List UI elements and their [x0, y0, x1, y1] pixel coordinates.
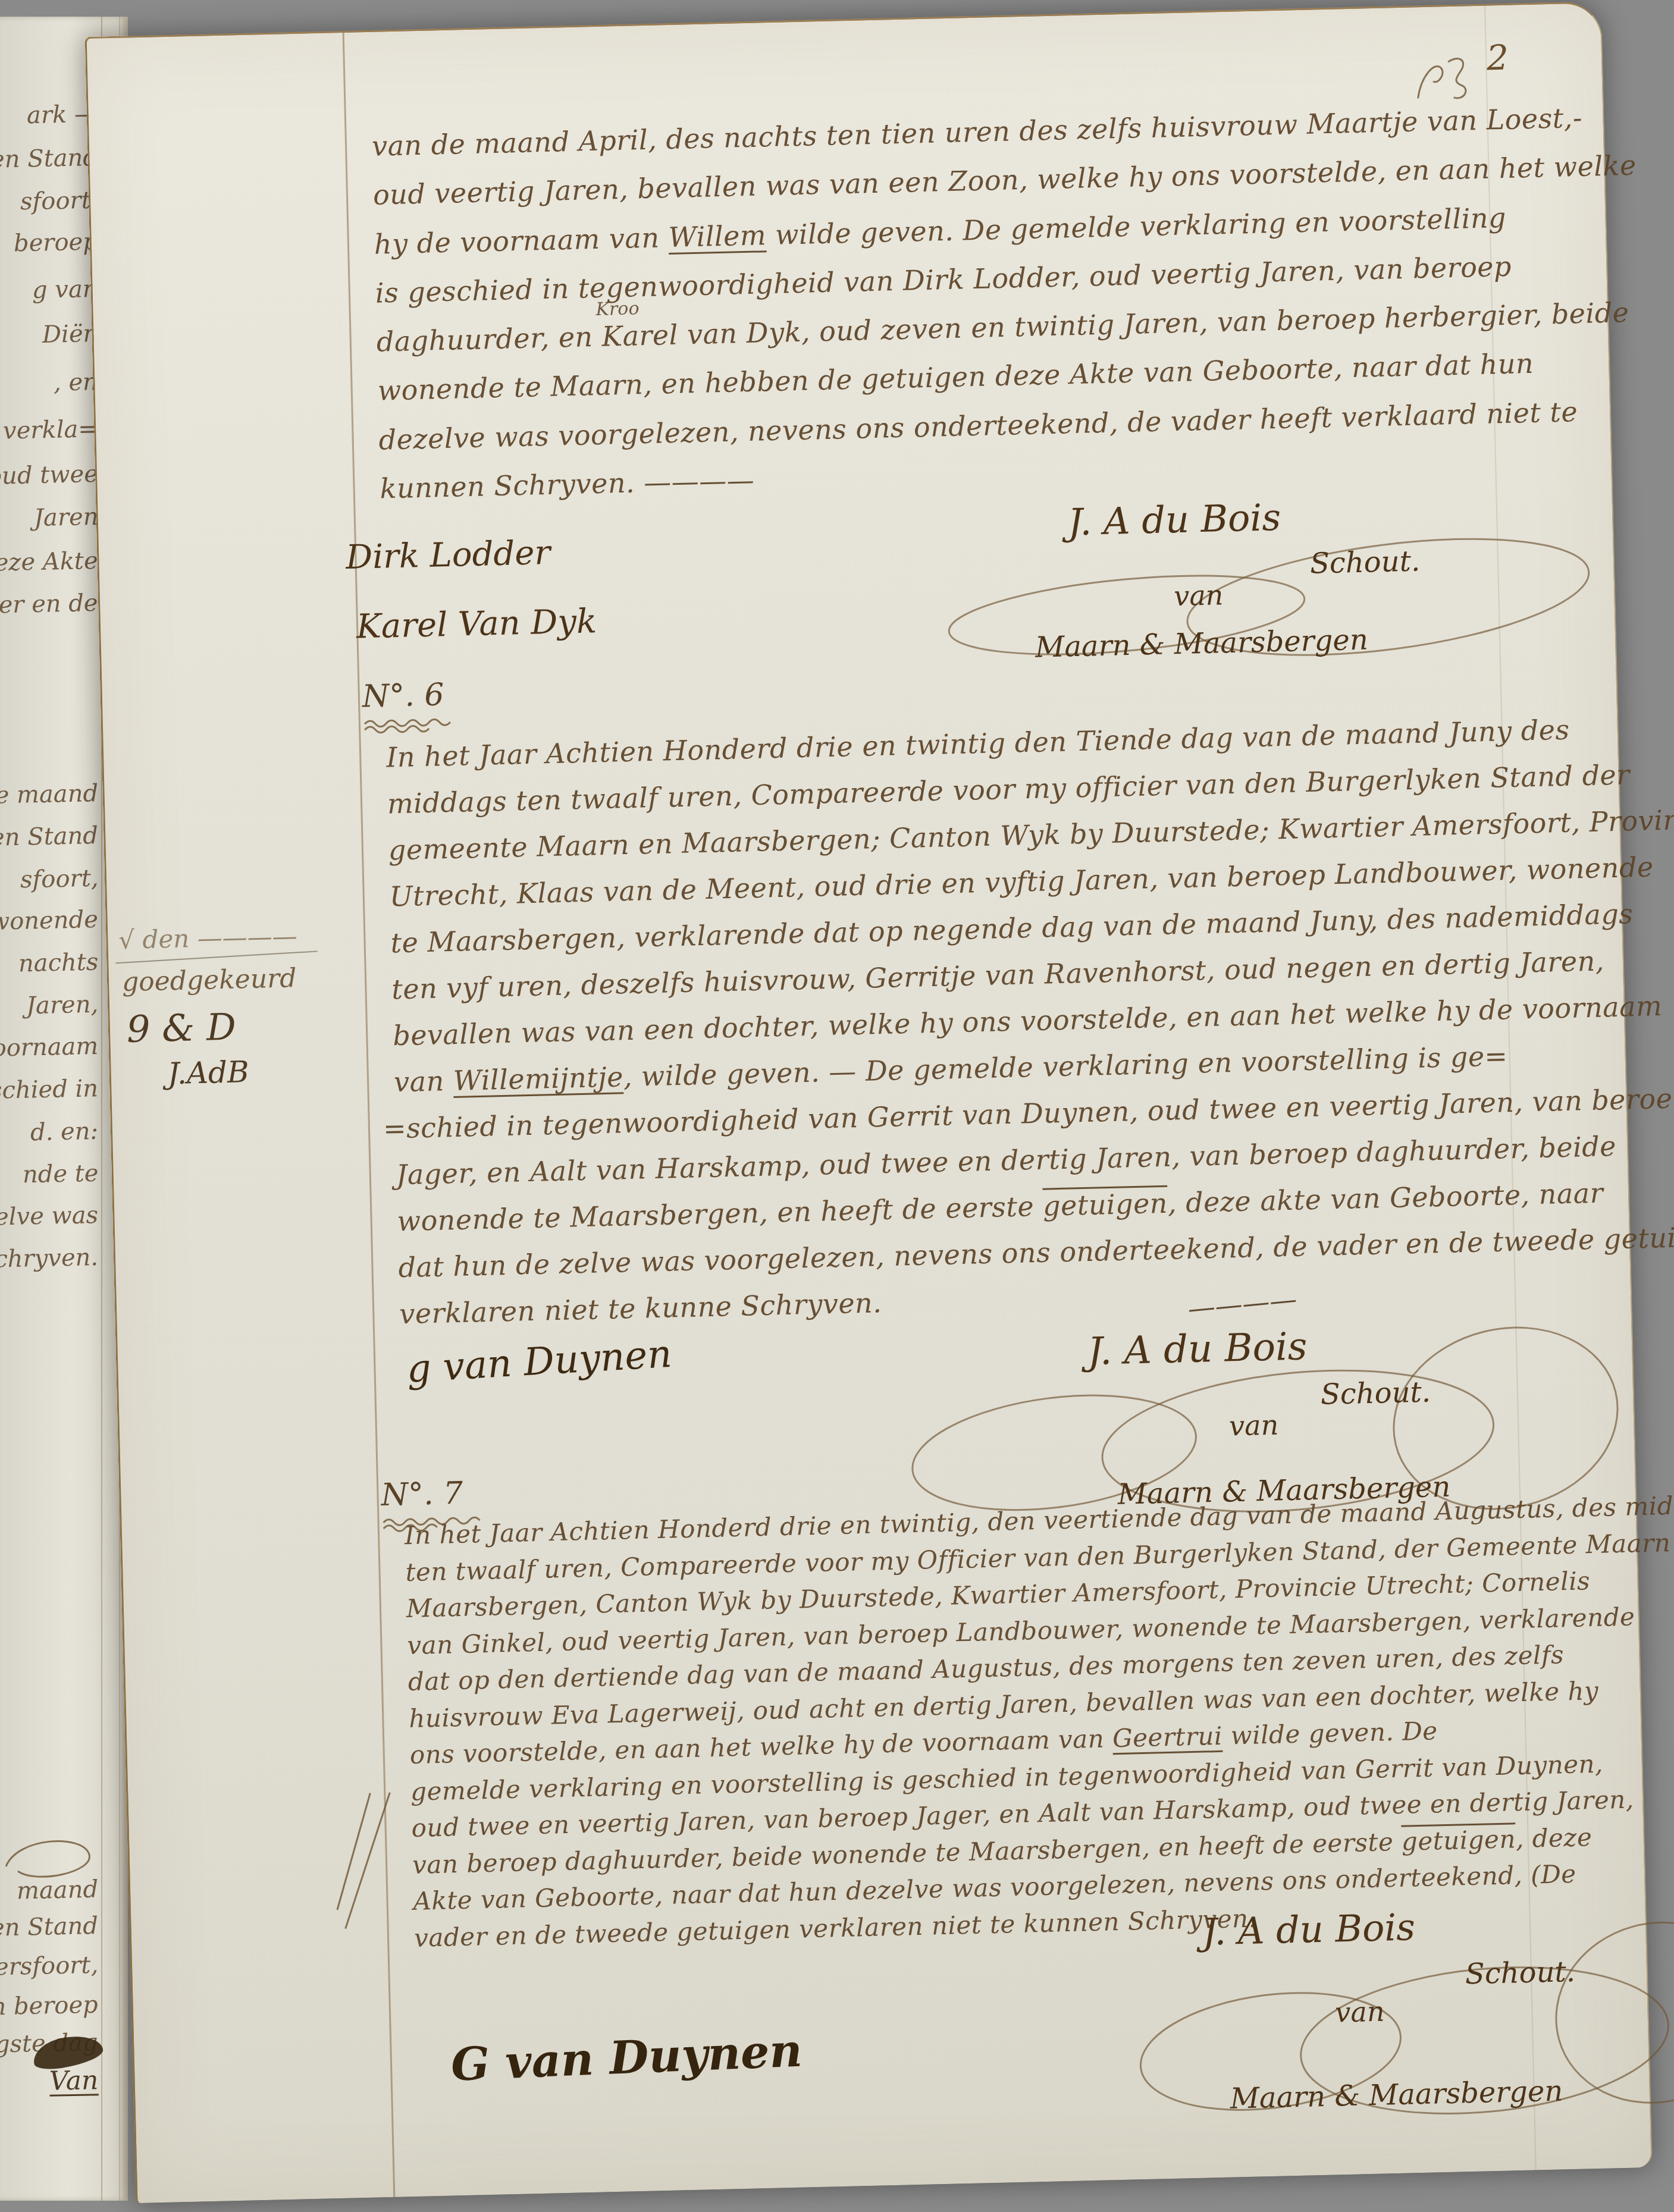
child-name-geertrui: Geertrui	[1112, 1721, 1223, 1753]
act7-number: N°. 7	[381, 1476, 463, 1513]
line-text: wilde geven. De	[1222, 1716, 1438, 1750]
corrected-word: getuigen	[1401, 1824, 1516, 1856]
prev-page-fragment: d. en:	[30, 1118, 99, 1146]
margin-note-code: 9 & D	[126, 1005, 236, 1051]
prev-page-fragment: Diën	[42, 320, 98, 349]
prev-page-fragment: sfoort,	[20, 187, 98, 216]
prev-page-fragment: ten Stand	[0, 1912, 98, 1942]
page-number: 2	[1486, 37, 1509, 79]
act6-number: N°. 6	[362, 677, 444, 714]
margin-correction-slashes	[333, 1789, 402, 1934]
heading-underline	[363, 717, 471, 737]
prev-page-fragment: ten Stand	[0, 144, 98, 174]
prev-page-fragment: , en	[54, 368, 99, 397]
margin-note-approved: goedgekeurd	[121, 963, 296, 997]
prev-page-fragment: voornaam	[0, 1033, 98, 1062]
witness-signature-g-van-duynen-large: G van Duynen	[450, 2024, 803, 2091]
prev-page-fragment: deze Akte	[0, 547, 98, 577]
official-signature-block: J. A du Bois Schout. van Maarn & Maarsbe…	[927, 475, 1634, 688]
line-text: , deze akte van Geboorte, naar	[1167, 1177, 1604, 1219]
register-page: 2 van de maand April, des nachts ten tie…	[85, 1, 1653, 2203]
act6-line: van Willemijntje, wilde geven. — De geme…	[394, 1040, 1509, 1098]
official-signature-title: Schout.	[1320, 1375, 1431, 1411]
line-text: , wilde geven. — De gemelde verklaring e…	[623, 1040, 1508, 1093]
act5-line: hy de voornaam van Willem wilde geven. D…	[374, 202, 1506, 261]
prev-page-fragment: Van	[49, 2065, 98, 2097]
prev-page-fragment: Schryven.	[0, 1244, 98, 1273]
margin-note-check: √ den ————	[118, 921, 297, 955]
prev-page-fragment: verkla=	[3, 415, 99, 444]
official-signature-van: van	[1174, 579, 1224, 612]
act5-line: van de maand April, des nachts ten tien …	[371, 102, 1582, 162]
child-name-willem: Willem	[668, 219, 767, 253]
prev-page-fragment: der en de	[0, 589, 98, 619]
prev-page-fragment: beroep	[14, 228, 99, 258]
margin-note-initials: J.AdB	[167, 1055, 249, 1091]
interline-insertion: Kroo	[595, 298, 639, 320]
prev-page-fragment: sfoort,	[20, 865, 98, 894]
prev-page-fragment: de maand	[0, 780, 98, 810]
act5-line: is geschied in tegenwoordigheid van Dirk…	[375, 250, 1512, 309]
act5-line: daghuurder, en Karel van Dyk, oud zeven …	[376, 296, 1629, 358]
official-signature-van: van	[1229, 1408, 1279, 1442]
prev-page-fragment: mersfoort,	[0, 1951, 98, 1981]
corrected-word: getuigen	[1042, 1187, 1168, 1222]
prev-page-fragment: schied in	[0, 1075, 98, 1105]
prev-page-fragment: maand	[17, 1876, 99, 1905]
prev-page-fragment: g van	[32, 275, 98, 304]
official-signature-name: J. A du Bois	[1067, 495, 1281, 544]
official-signature-van: van	[1335, 1995, 1385, 2029]
act5-line: dezelve was voorgelezen, nevens ons onde…	[378, 396, 1578, 456]
official-signature-title: Schout.	[1465, 1955, 1575, 1991]
witness-signature-g-van-duynen: g van Duynen	[406, 1332, 673, 1392]
official-signature-name: J. A du Bois	[1202, 1905, 1415, 1953]
prev-page-fragment: ten Stand	[0, 822, 98, 852]
witness-signature-karel-van-dyk: Karel Van Dyk	[356, 602, 597, 646]
prev-page-fragment: oud twee	[0, 460, 98, 490]
witness-signature-dirk-lodder: Dirk Lodder	[346, 534, 551, 577]
line-text: hy de voornaam van	[374, 221, 669, 261]
act5-line: oud veertig Jaren, bevallen was van een …	[372, 149, 1637, 211]
act5-line: kunnen Schryven. ————	[380, 464, 755, 505]
act5-line: wonende te Maarn, en hebben de getuigen …	[377, 347, 1534, 407]
corner-paraph-icon	[1411, 51, 1478, 112]
line-text: wonende te Maarsbergen, en heeft de eers…	[397, 1190, 1043, 1238]
act6-line: verklaren niet te kunne Schryven.	[399, 1287, 882, 1330]
official-signature-block: J. A du Bois Schout. van Maarn & Maarsbe…	[1130, 1872, 1674, 2167]
line-text: , deze	[1515, 1822, 1593, 1853]
line-text: van	[394, 1065, 454, 1098]
official-signature-title: Schout.	[1309, 544, 1420, 580]
prev-page-fragment: nachts	[18, 949, 98, 978]
prev-page-fragment: Jaren	[33, 503, 98, 532]
child-name-willemijntje: Willemijntje	[453, 1060, 623, 1097]
prev-page-fragment: wonende	[0, 906, 98, 936]
prev-page-fragment: van beroep	[0, 1991, 98, 2022]
line-text: wilde geven. De gemelde verklaring en vo…	[766, 202, 1506, 251]
prev-page-fragment: zelve was	[0, 1201, 98, 1231]
official-signature-name: J. A du Bois	[1087, 1325, 1308, 1374]
prev-page-fragment: nde te	[22, 1160, 98, 1189]
prev-page-fragment: Jaren,	[26, 991, 98, 1020]
